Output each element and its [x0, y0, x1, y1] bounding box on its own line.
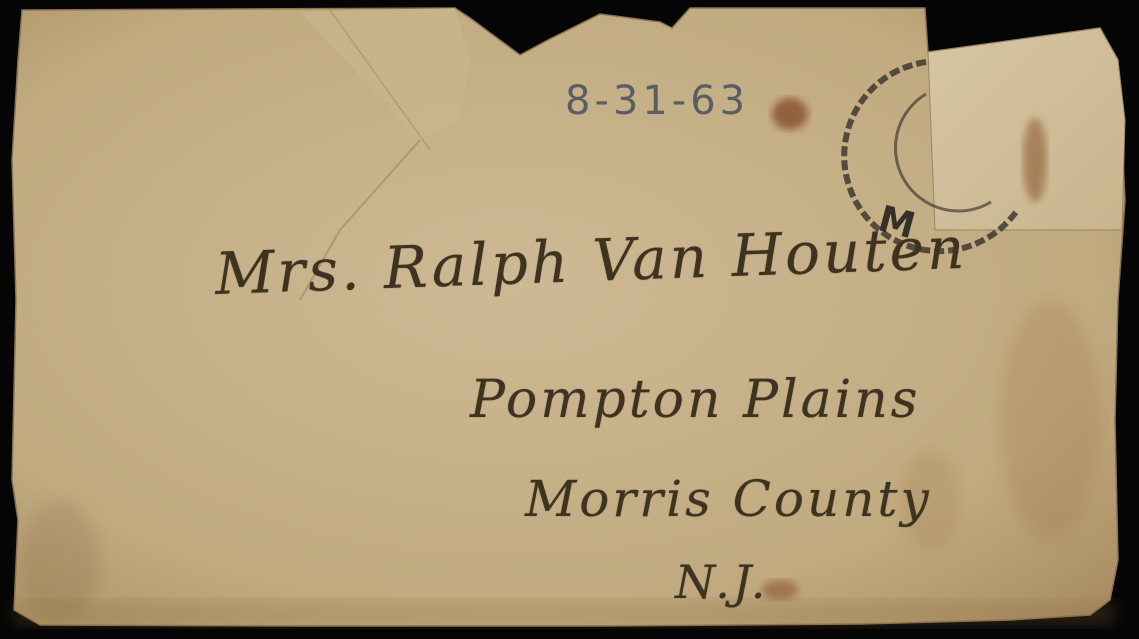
envelope-photo: 8-31-63 M Mrs. Ralph Van Houten Pompton … [0, 0, 1139, 639]
address-line-county: Morris County [525, 470, 932, 528]
address-line-state: N.J. [675, 555, 768, 609]
pencil-date-notation: 8-31-63 [565, 78, 749, 124]
address-line-town: Pompton Plains [470, 370, 920, 430]
